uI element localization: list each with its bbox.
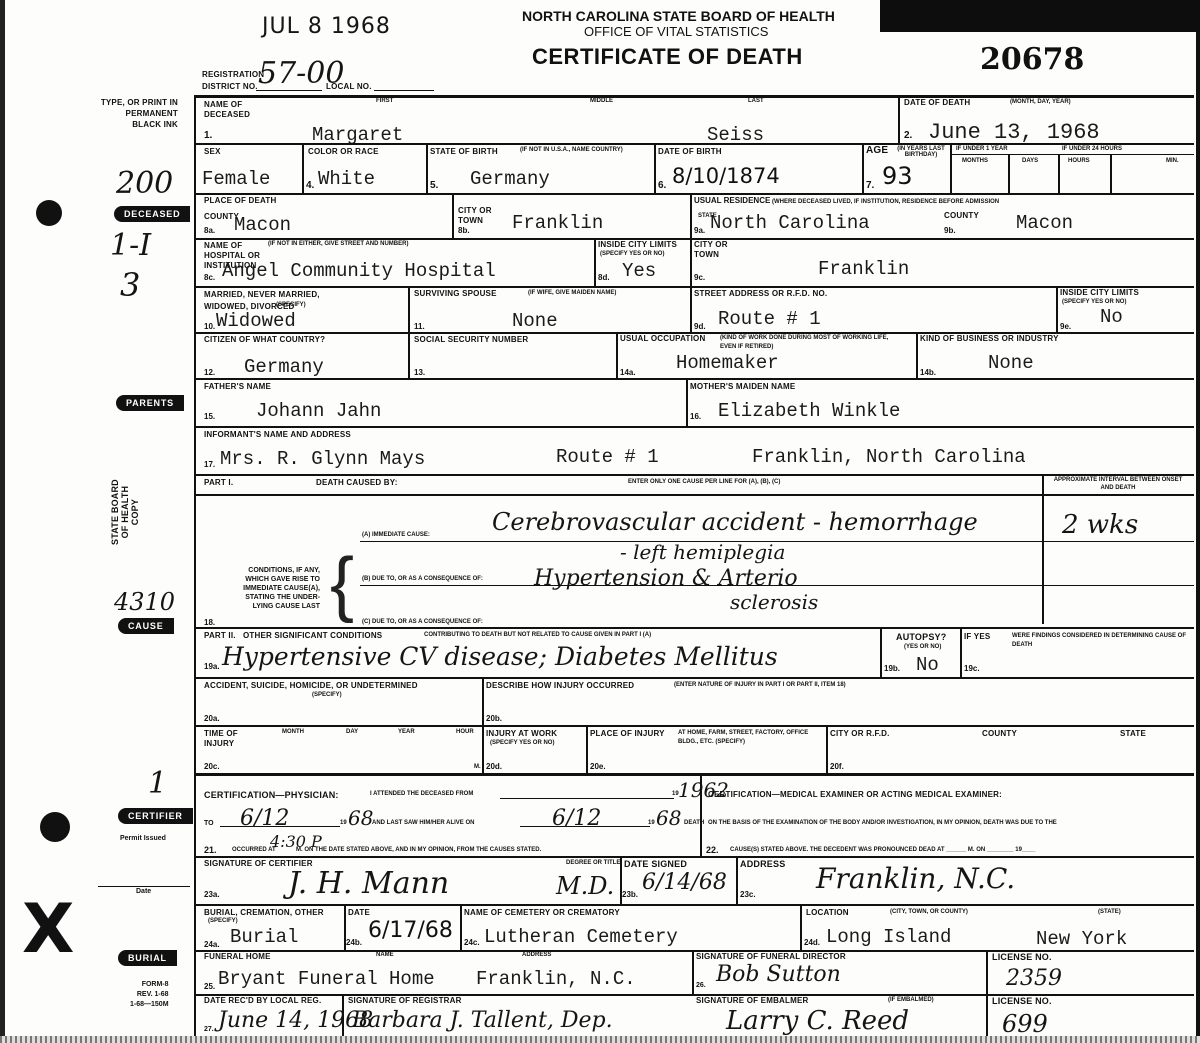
item-18: 18. (204, 618, 215, 627)
street-address: Route # 1 (718, 308, 821, 330)
other-conditions: Hypertensive CV disease; Diabetes Mellit… (222, 642, 778, 671)
m-label: M. (474, 764, 481, 770)
date-received: June 14, 1968 (218, 1008, 373, 1033)
divider (586, 725, 588, 773)
under-1-year: IF UNDER 1 YEAR (956, 146, 1008, 152)
date-of-death: June 13, 1968 (928, 120, 1100, 145)
city-label: CITY OR TOWN (458, 206, 498, 226)
time-injury-label: TIME OF INJURY (204, 729, 264, 749)
last-label: LAST (748, 98, 764, 104)
item-15: 15. (204, 412, 215, 421)
cemetery-name: Lutheran Cemetery (484, 926, 678, 948)
street-label: STREET ADDRESS OR R.F.D. No. (694, 289, 827, 299)
item-9a: 9a. (694, 226, 705, 235)
inside-limits-label: INSIDE CITY LIMITS (598, 240, 677, 250)
x-mark: X (22, 890, 74, 969)
rule (194, 474, 1194, 476)
punch-hole-2 (40, 812, 70, 842)
district-line (256, 90, 322, 91)
divider (1058, 155, 1060, 193)
mother-label: MOTHER'S MAIDEN NAME (690, 382, 795, 392)
month-label: MONTH (282, 729, 304, 735)
burial-date-label: DATE (348, 908, 370, 918)
informant-name: Mrs. R. Glynn Mays (220, 448, 425, 470)
day-label: DAY (346, 729, 358, 735)
registrar-label: SIGNATURE OF REGISTRAR (348, 996, 462, 1006)
fh-address-label: ADDRESS (522, 952, 551, 958)
rule (194, 856, 1194, 858)
me-text-2: CAUSE(S) STATED ABOVE. THE DECEDENT WAS … (730, 847, 1035, 853)
attended-to-year: 68 (348, 806, 373, 830)
spouse-label: SURVIVING SPOUSE (414, 289, 497, 299)
local-line (374, 90, 434, 91)
cemetery-label: NAME OF CEMETERY OR CREMATORY (464, 908, 620, 918)
place-injury-label: PLACE OF INJURY (590, 729, 665, 739)
scan-noise-bottom (0, 1036, 1200, 1043)
under-24-hours: IF UNDER 24 HOURS (1062, 146, 1122, 152)
rule (194, 677, 1194, 679)
embalmer-hint: (IF EMBALMED) (888, 997, 934, 1003)
scan-left-edge (0, 0, 5, 1043)
burial-state: New York (1036, 928, 1127, 950)
describe-hint: (ENTER NATURE OF INJURY IN PART I OR PAR… (674, 682, 846, 688)
immediate-cause-label: (a) IMMEDIATE CAUSE: (362, 532, 430, 538)
name-label: NAME OF DECEASED (204, 100, 264, 120)
item-25: 25. (204, 982, 215, 991)
surviving-spouse: None (512, 310, 558, 332)
divider (482, 677, 484, 725)
item-6: 6. (658, 180, 666, 191)
item-4: 4. (306, 180, 314, 191)
due-to-b: Hypertension & Arterio (534, 566, 798, 591)
marital-specify: (SPECIFY) (276, 302, 306, 308)
disposition-value: Burial (230, 926, 298, 948)
date-of-death-label: DATE OF DEATH (904, 98, 970, 108)
death-caused-by: DEATH CAUSED BY: (316, 478, 398, 488)
divider (898, 95, 900, 143)
item-23c: 23c. (740, 890, 756, 899)
item-20e: 20e. (590, 762, 606, 771)
dob-label: DATE OF BIRTH (658, 147, 722, 157)
place-of-death-label: PLACE OF DEATH (204, 196, 276, 206)
item-19b: 19b. (884, 664, 900, 673)
director-license: 2359 (1006, 966, 1062, 991)
divider (960, 627, 962, 677)
date-signed-label: DATE SIGNED (624, 859, 687, 869)
item-20c: 20c. (204, 762, 220, 771)
received-label: DATE REC'D BY LOCAL REG. (204, 996, 321, 1006)
received-stamp: JUL 8 1968 (262, 14, 391, 39)
ssn-label: SOCIAL SECURITY NUMBER (414, 335, 528, 345)
sex-label: SEX (204, 147, 221, 157)
accident-specify: (SPECIFY) (312, 692, 342, 698)
item-13: 13. (414, 368, 425, 377)
death-county: Macon (234, 214, 291, 236)
res-county-label: COUNTY (944, 211, 979, 221)
certifier-address: Franklin, N.C. (816, 862, 1015, 895)
divider (800, 904, 802, 950)
me-text: ON THE BASIS OF THE EXAMINATION OF THE B… (708, 820, 1057, 826)
spouse-hint: (IF WIFE, GIVE MAIDEN NAME) (528, 290, 616, 296)
state-of-birth-hint: (IF NOT IN U.S.A., NAME COUNTRY) (520, 147, 650, 153)
min-label: MIN. (1166, 158, 1179, 164)
margin-code-1-I: 1-I (110, 228, 151, 263)
divider (654, 143, 656, 193)
state-of-birth-label: STATE OF BIRTH (430, 147, 498, 157)
immediate-cause-line2: - left hemiplegia (620, 540, 785, 564)
at-work-hint: (SPECIFY YES OR NO) (490, 740, 554, 746)
rule (194, 773, 1194, 776)
middle-label: MIDDLE (590, 98, 613, 104)
tab-cause: CAUSE (118, 618, 174, 634)
embalmer-license: 699 (1002, 1010, 1048, 1038)
divider (1110, 155, 1112, 193)
item-2: 2. (904, 130, 912, 141)
divider (862, 143, 864, 193)
year-label: YEAR (398, 729, 415, 735)
age-hint: (IN YEARS LAST BIRTHDAY) (892, 146, 950, 158)
describe-label: DESCRIBE HOW INJURY OCCURRED (486, 681, 634, 691)
part2-label: PART II. OTHER SIGNIFICANT CONDITIONS (204, 631, 382, 641)
residence-label: USUAL RESIDENCE (WHERE DECEASED LIVED, I… (694, 196, 1194, 205)
interval-label: APPROXIMATE INTERVAL BETWEEN ONSET AND D… (1048, 476, 1188, 492)
divider (690, 193, 692, 333)
scan-right-edge (1196, 0, 1200, 1043)
date-label: Date (136, 888, 151, 895)
item-20b: 20b. (486, 714, 502, 723)
rule (500, 798, 674, 799)
funeral-home-address: Franklin, N.C. (476, 968, 636, 990)
occupation-hint: (KIND OF WORK DONE DURING MOST OF WORKIN… (620, 334, 900, 352)
business-label: KIND OF BUSINESS OR INDUSTRY (920, 334, 1059, 344)
rule (194, 426, 1194, 428)
city-rfd-label: CITY OR R.F.D. (830, 729, 890, 739)
enter-one-cause: ENTER ONLY ONE CAUSE PER LINE FOR (a), (… (628, 479, 780, 485)
if-yes-label: IF YES (964, 632, 990, 642)
res-city-label: CITY OR TOWN (694, 240, 734, 260)
permit-issued-label: Permit Issued (120, 835, 166, 842)
degree-label: DEGREE OR TITLE (566, 860, 620, 866)
location-label: LOCATION (806, 908, 849, 918)
state-board-copy: STATE BOARDOF HEALTHCOPY (110, 479, 140, 545)
business: None (988, 352, 1034, 374)
embalmer-signature: Larry C. Reed (726, 1006, 909, 1036)
tab-deceased: DECEASED (114, 206, 190, 222)
item-24b: 24b. (346, 938, 362, 947)
item-11: 11. (414, 322, 425, 331)
item-20a: 20a. (204, 714, 220, 723)
item-8b: 8b. (458, 226, 470, 235)
date-line (98, 886, 190, 887)
item-24c: 24c. (464, 938, 480, 947)
margin-code-3: 3 (120, 266, 140, 304)
margin-code-200: 200 (116, 166, 173, 201)
divider (594, 238, 596, 286)
margin-code-1: 1 (148, 766, 167, 801)
last-saw-date: 6/12 (552, 806, 601, 831)
occurred-rest: M. ON THE DATE STATED ABOVE, AND IN MY O… (296, 847, 541, 853)
autopsy-value: No (916, 654, 939, 676)
brace-icon: { (330, 548, 354, 620)
me-cert-label: CERTIFICATION—MEDICAL EXAMINER OR ACTING… (708, 790, 1002, 800)
punch-hole (36, 200, 62, 226)
rule (360, 541, 1194, 542)
divider (916, 332, 918, 378)
item-9d: 9d. (694, 322, 706, 331)
director-license-label: LICENSE NO. (992, 952, 1052, 962)
rule (194, 627, 1194, 629)
state-of-birth: Germany (470, 168, 550, 190)
immediate-cause: Cerebrovascular accident - hemorrhage (492, 508, 978, 536)
informant-city: Franklin, North Carolina (752, 446, 1026, 468)
item-20d: 20d. (486, 762, 502, 771)
dob-value: 8/10/1874 (672, 164, 780, 188)
hospital-hint: (IF NOT IN EITHER, GIVE STREET AND NUMBE… (268, 241, 408, 247)
disposition-label: BURIAL, CREMATION, OTHER (204, 908, 324, 918)
rule (194, 143, 1194, 145)
at-work-label: INJURY AT WORK (486, 729, 557, 739)
item-9e: 9e. (1060, 322, 1071, 331)
office-name: OFFICE OF VITAL STATISTICS (584, 24, 768, 39)
state-hint: (STATE) (1098, 909, 1121, 915)
residence-state: North Carolina (710, 212, 870, 234)
rule (194, 494, 1194, 496)
divider (460, 904, 462, 950)
item-19c: 19c. (964, 664, 980, 673)
burial-location: Long Island (826, 926, 951, 948)
embalmer-label: SIGNATURE OF EMBALMER (696, 996, 809, 1006)
location-hint: (CITY, TOWN, OR COUNTY) (890, 909, 968, 915)
divider (880, 627, 882, 677)
divider (1042, 474, 1044, 624)
divider (342, 994, 344, 1042)
item-14a: 14a. (620, 368, 636, 377)
divider (426, 143, 428, 193)
days-label: DAYS (1022, 158, 1038, 164)
mother-maiden-name: Elizabeth Winkle (718, 400, 900, 422)
item-9b: 9b. (944, 226, 956, 235)
due-c-label: (c) DUE TO, OR AS A CONSEQUENCE OF: (362, 619, 483, 625)
months-label: MONTHS (962, 158, 988, 164)
rule (194, 193, 1194, 195)
inside-limits-hint: (SPECIFY YES OR NO) (600, 251, 664, 257)
date-of-death-hint: (MONTH, DAY, YEAR) (1010, 99, 1071, 105)
tab-parents: PARENTS (116, 395, 184, 411)
attended-to-date: 6/12 (240, 806, 289, 831)
director-label: SIGNATURE OF FUNERAL DIRECTOR (696, 952, 846, 962)
to-label: TO (204, 820, 214, 827)
rule (194, 378, 1194, 380)
certificate-number: 20678 (980, 42, 1084, 77)
item-20f: 20f. (830, 762, 844, 771)
inside-limits-value: Yes (622, 260, 656, 282)
item-21: 21. (204, 845, 217, 855)
rule (194, 725, 1194, 727)
father-label: FATHER'S NAME (204, 382, 271, 392)
item-14b: 14b. (920, 368, 936, 377)
divider (482, 725, 484, 773)
ink-instruction: TYPE, OR PRINT INPERMANENTBLACK INK (86, 97, 178, 130)
divider (302, 143, 304, 193)
other-conditions-hint: CONTRIBUTING TO DEATH BUT NOT RELATED TO… (424, 632, 651, 638)
rule (360, 585, 1194, 586)
last-saw-year: 68 (656, 806, 681, 830)
sex-value: Female (202, 168, 270, 190)
nineteen-3: 19 (648, 820, 655, 826)
item-17: 17. (204, 460, 215, 469)
item-23a: 23a. (204, 890, 220, 899)
citizen-label: CITIZEN OF WHAT COUNTRY? (204, 335, 325, 345)
place-injury-hint: AT HOME, FARM, STREET, FACTORY, OFFICE B… (678, 729, 824, 747)
informant-street: Route # 1 (556, 446, 659, 468)
divider (408, 286, 410, 334)
divider (986, 950, 988, 1042)
agency-name: NORTH CAROLINA STATE BOARD OF HEALTH (522, 8, 835, 24)
date-signed: 6/14/68 (642, 870, 727, 895)
divider (1008, 155, 1010, 193)
item-10: 10. (204, 322, 215, 331)
disposition-specify: (SPECIFY) (208, 918, 238, 924)
fh-name-label: NAME (376, 952, 394, 958)
due-to-b-line2: sclerosis (730, 590, 818, 614)
funeral-home-label: FUNERAL HOME (204, 952, 271, 962)
margin-code-4310: 4310 (114, 588, 175, 616)
hours-label: HOURS (1068, 158, 1090, 164)
item-8a: 8a. (204, 226, 215, 235)
director-signature: Bob Sutton (716, 962, 841, 987)
embalmer-license-label: LICENSE NO. (992, 996, 1052, 1006)
divider (1056, 286, 1058, 334)
item-8d: 8d. (598, 273, 610, 282)
physician-cert-label: CERTIFICATION—PHYSICIAN: (204, 790, 339, 800)
part1-label: PART I. (204, 478, 233, 488)
divider (692, 950, 694, 994)
item-7: 7. (866, 180, 874, 191)
autopsy-label: AUTOPSY? (896, 632, 946, 642)
hospital-name: Angel Community Hospital (222, 260, 496, 282)
death-city: Franklin (512, 212, 603, 234)
form-number: FORM-8REV. 1-681-68—150M (130, 980, 169, 1010)
last-saw-label: AND LAST SAW HIM/HER ALIVE ON (372, 820, 474, 826)
age-value: 93 (882, 162, 913, 190)
item-26: 26. (696, 982, 706, 989)
citizenship: Germany (244, 356, 324, 378)
item-16: 16. (690, 412, 701, 421)
item-19a: 19a. (204, 662, 220, 671)
item-8c: 8c. (204, 273, 215, 282)
divider (408, 332, 410, 378)
first-label: FIRST (376, 98, 393, 104)
registrar-signature: Barbara J. Tallent, Dep. (352, 1008, 613, 1033)
item-27: 27. (204, 1026, 214, 1033)
occupation: Homemaker (676, 352, 779, 374)
registration-label: REGISTRATION (202, 70, 264, 80)
certifier-degree: M.D. (556, 872, 614, 900)
divider (736, 856, 738, 904)
injury-state-label: STATE (1120, 729, 1146, 739)
funeral-home-name: Bryant Funeral Home (218, 968, 435, 990)
item-23b: 23b. (622, 890, 638, 899)
item-24a: 24a. (204, 940, 220, 949)
item-9c: 9c. (694, 273, 705, 282)
item-12: 12. (204, 368, 215, 377)
interval-value: 2 wks (1062, 510, 1138, 540)
hour-label: HOUR (456, 729, 474, 735)
res-inside-hint: (SPECIFY YES OR NO) (1062, 299, 1126, 305)
accident-label: ACCIDENT, SUICIDE, HOMICIDE, OR UNDETERM… (204, 681, 418, 691)
divider (452, 193, 454, 238)
district-label: DISTRICT NO. (202, 82, 258, 92)
form-top-rule (194, 95, 1194, 98)
age-label: AGE (866, 146, 888, 156)
conditions-label: CONDITIONS, IF ANY,WHICH GAVE RISE TOIMM… (210, 566, 320, 611)
marital-status: Widowed (216, 310, 296, 332)
item-1: 1. (204, 130, 212, 141)
injury-county-label: COUNTY (982, 729, 1017, 739)
item-24d: 24d. (804, 938, 820, 947)
divider (686, 378, 688, 426)
tab-certifier: CERTIFIER (118, 808, 193, 824)
divider (616, 332, 618, 378)
rule (950, 154, 1194, 155)
due-b-label: (b) DUE TO, OR AS A CONSEQUENCE OF: (362, 576, 483, 582)
res-inside-value: No (1100, 306, 1123, 328)
divider (826, 725, 828, 773)
res-inside-label: INSIDE CITY LIMITS (1060, 288, 1139, 298)
item-22: 22. (706, 845, 719, 855)
document-title: CERTIFICATE OF DEATH (532, 44, 803, 70)
burial-date: 6/17/68 (368, 918, 453, 943)
father-name: Johann Jahn (256, 400, 381, 422)
item-5: 5. (430, 180, 438, 191)
redaction-block (880, 0, 1200, 32)
race-value: White (318, 168, 375, 190)
race-label: COLOR OR RACE (308, 147, 379, 157)
local-label: LOCAL NO. (326, 82, 372, 92)
nineteen-2: 19 (340, 820, 347, 826)
tab-burial: BURIAL (118, 950, 177, 966)
address-label: ADDRESS (740, 859, 785, 869)
divider (950, 143, 952, 193)
residence-city: Franklin (818, 258, 909, 280)
divider (700, 776, 702, 856)
findings-label: WERE FINDINGS CONSIDERED IN DETERMINING … (1012, 632, 1188, 650)
certifier-signature: J. H. Mann (288, 866, 449, 901)
informant-label: INFORMANT'S NAME AND ADDRESS (204, 430, 351, 440)
residence-county: Macon (1016, 212, 1073, 234)
attended-from-label: I ATTENDED THE DECEASED FROM (370, 791, 473, 797)
rule (194, 286, 1194, 288)
autopsy-hint: (YES OR NO) (904, 644, 941, 650)
